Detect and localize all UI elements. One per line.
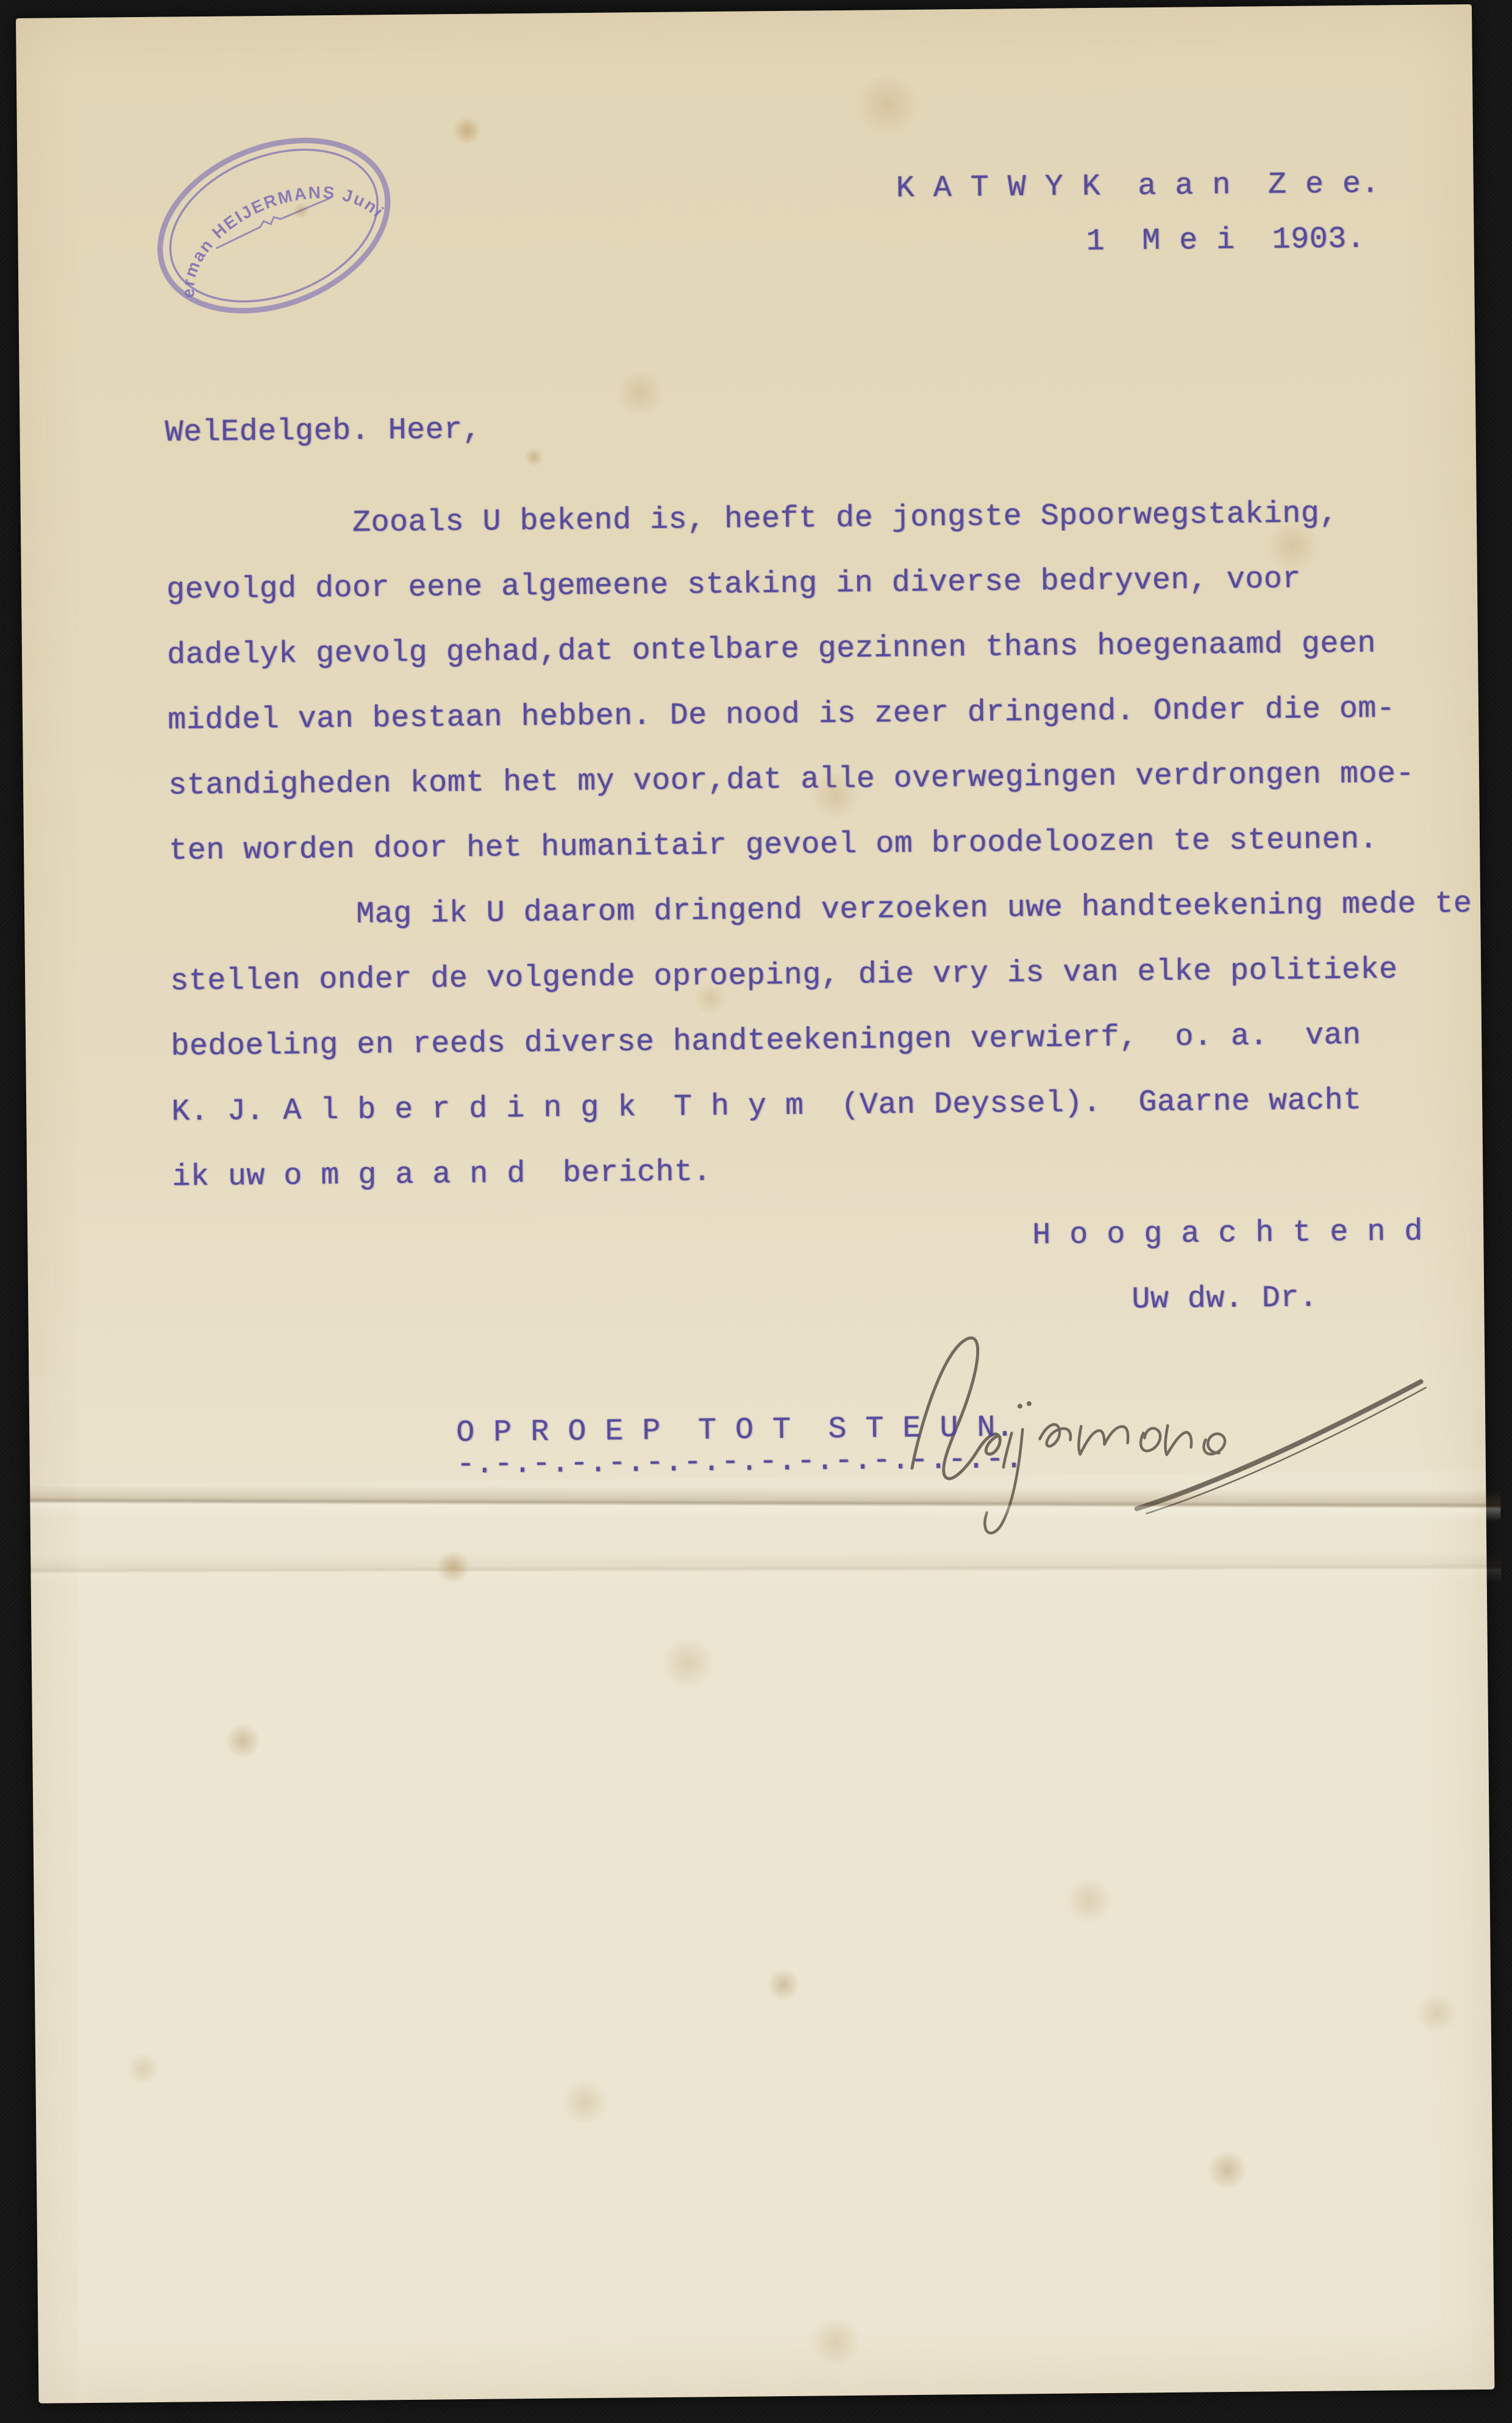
stain-spot (615, 371, 666, 414)
stain-spot (126, 2054, 160, 2085)
body-line: ten worden door het humanitair gevoel om… (169, 823, 1378, 869)
stain-spot (434, 1551, 472, 1584)
stain-spot (658, 1638, 718, 1688)
stain-spot (223, 1723, 263, 1759)
stain-spot (524, 448, 544, 467)
body-line: stellen onder de volgende oproeping, die… (170, 953, 1398, 999)
heijermans-oval-stamp: Herman HEIJERMANS Junior (139, 120, 409, 332)
body-line: K. J. A l b e r d i n g k T h y m (Van D… (171, 1084, 1362, 1130)
stain-spot (1063, 1879, 1114, 1923)
fold-crease-faint (30, 1551, 1501, 1586)
stain-spot (559, 2081, 611, 2124)
oproep-underline: -.-.-.-.-.-.-.-.-.-.-.-.-.-.-. (457, 1443, 1024, 1482)
date-line: 1 M e i 1903. (1086, 223, 1365, 259)
body-line: bedoeling en reeds diverse handteekening… (171, 1019, 1361, 1065)
body-line: standigheden komt het my voor,dat alle o… (168, 757, 1414, 804)
stain-spot (451, 116, 483, 145)
body-line: Zooals U bekend is, heeft de jongste Spo… (166, 497, 1338, 542)
stain-spot (850, 76, 924, 135)
stain-spot (807, 2319, 864, 2366)
stain-spot (1205, 2150, 1250, 2190)
place-line: K A T W Y K a a n Z e e. (896, 168, 1380, 207)
scan-background: { "scan": { "background_color": "#141414… (0, 0, 1512, 2423)
stain-spot (1414, 1993, 1460, 2033)
body-line: Mag ik U daarom dringend verzoeken uwe h… (169, 887, 1472, 934)
letter-page: Herman HEIJERMANS Junior K A T W Y K a a… (16, 4, 1494, 2403)
stamp-outer-ring (139, 120, 409, 332)
body-line: ik uw o m g a a n d bericht. (172, 1155, 711, 1194)
salutation-line: WelEdelgeb. Heer, (165, 413, 481, 451)
body-line: middel van bestaan hebben. De nood is ze… (168, 692, 1396, 738)
body-line: gevolgd door eene algemeene staking in d… (166, 563, 1301, 608)
stain-spot (765, 1968, 802, 2002)
valediction-line: H o o g a c h t e n d (1032, 1215, 1423, 1253)
body-line: dadelyk gevolg gehad,dat ontelbare gezin… (167, 627, 1376, 673)
